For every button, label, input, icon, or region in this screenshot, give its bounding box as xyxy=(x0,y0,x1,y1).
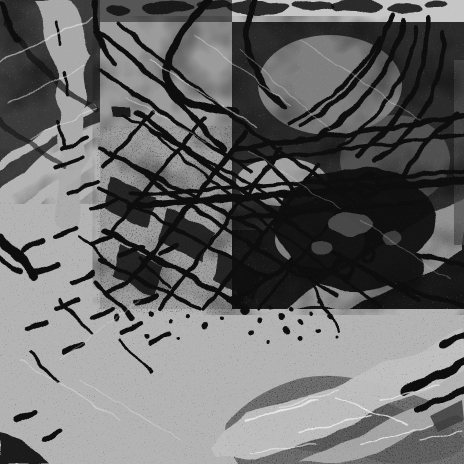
artwork-canvas xyxy=(0,0,464,464)
abstract-collage-image xyxy=(0,0,464,464)
global-dark-grain xyxy=(0,0,464,464)
